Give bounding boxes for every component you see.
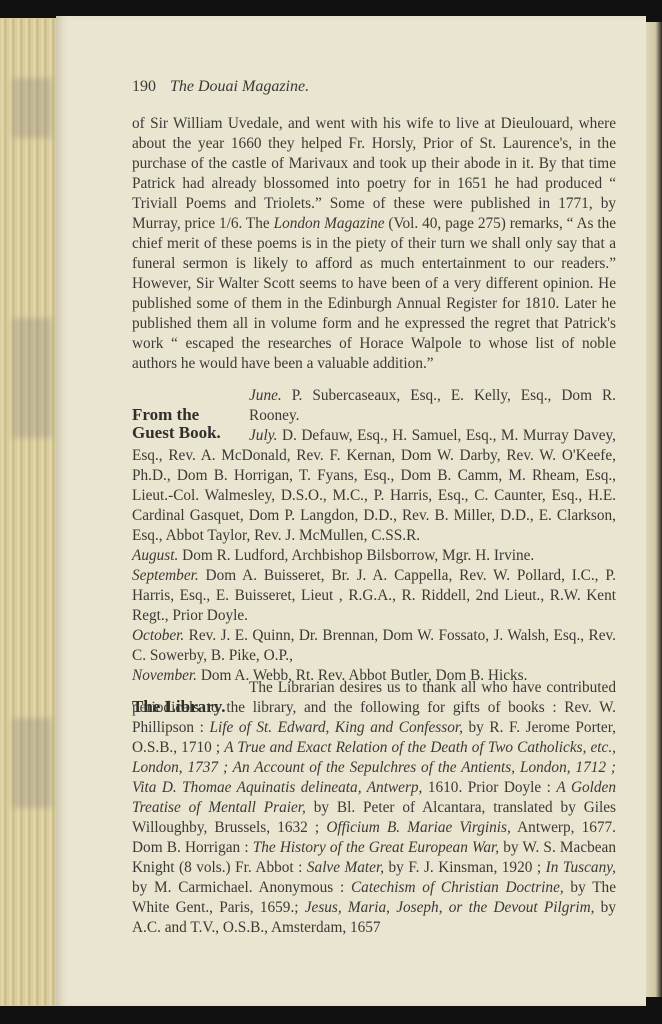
month-label: September. bbox=[132, 567, 199, 584]
guest-book-entries: June. P. Subercaseaux, Esq., E. Kelly, E… bbox=[132, 386, 616, 686]
book-title: Jesus, Maria, Joseph, or the Devout Pilg… bbox=[305, 899, 595, 916]
guest-entry-july: July. D. Defauw, Esq., H. Samuel, Esq., … bbox=[132, 426, 616, 546]
running-head: 190 The Douai Magazine. bbox=[132, 78, 309, 96]
book-title: Salve Mater, bbox=[307, 859, 384, 876]
entry-names: D. Defauw, Esq., H. Samuel, Esq., M. Mur… bbox=[132, 427, 616, 544]
library-seg: 1610. Prior Doyle : bbox=[422, 779, 556, 796]
month-label: October. bbox=[132, 627, 184, 644]
guest-entry-august: August. Dom R. Ludford, Archbishop Bilsb… bbox=[132, 546, 616, 566]
month-label: July. bbox=[249, 427, 277, 444]
month-label: June. bbox=[249, 387, 282, 404]
guest-entry-june: June. P. Subercaseaux, Esq., E. Kelly, E… bbox=[249, 386, 616, 426]
page-number: 190 bbox=[132, 78, 156, 95]
book-title: Officium B. Mariae Virginis, bbox=[326, 819, 511, 836]
library-seg: by M. Carmichael. Anonymous : bbox=[132, 879, 351, 896]
guest-entry-october: October. Rev. J. E. Quinn, Dr. Brennan, … bbox=[132, 626, 616, 666]
month-label: August. bbox=[132, 547, 178, 564]
book-title: Catechism of Christian Doctrine, bbox=[351, 879, 564, 896]
entry-names: Dom A. Buisseret, Br. J. A. Cappella, Re… bbox=[132, 567, 616, 624]
page-right-edge bbox=[646, 22, 662, 997]
entry-names: Rev. J. E. Quinn, Dr. Brennan, Dom W. Fo… bbox=[132, 627, 616, 664]
magazine-title: The Douai Magazine. bbox=[170, 78, 309, 95]
book-title: The History of the Great European War, bbox=[253, 839, 499, 856]
entry-names: Dom R. Ludford, Archbishop Bilsborrow, M… bbox=[178, 547, 534, 564]
library-text: The Librarian desires us to thank all wh… bbox=[132, 678, 616, 938]
entry-names: P. Subercaseaux, Esq., E. Kelly, Esq., D… bbox=[249, 387, 616, 424]
library-paragraph: The Librarian desires us to thank all wh… bbox=[132, 678, 616, 938]
book-page-edges bbox=[0, 18, 63, 1006]
book-title: In Tuscany, bbox=[546, 859, 616, 876]
book-title: Life of St. Edward, King and Confessor, bbox=[209, 719, 462, 736]
intro-italic-ref: London Magazine bbox=[274, 215, 385, 232]
library-seg: by F. J. Kinsman, 1920 ; bbox=[384, 859, 546, 876]
intro-text-2: (Vol. 40, page 275) remarks, “ As the ch… bbox=[132, 215, 616, 372]
guest-entry-september: September. Dom A. Buisseret, Br. J. A. C… bbox=[132, 566, 616, 626]
intro-paragraph: of Sir William Uvedale, and went with hi… bbox=[132, 114, 616, 374]
